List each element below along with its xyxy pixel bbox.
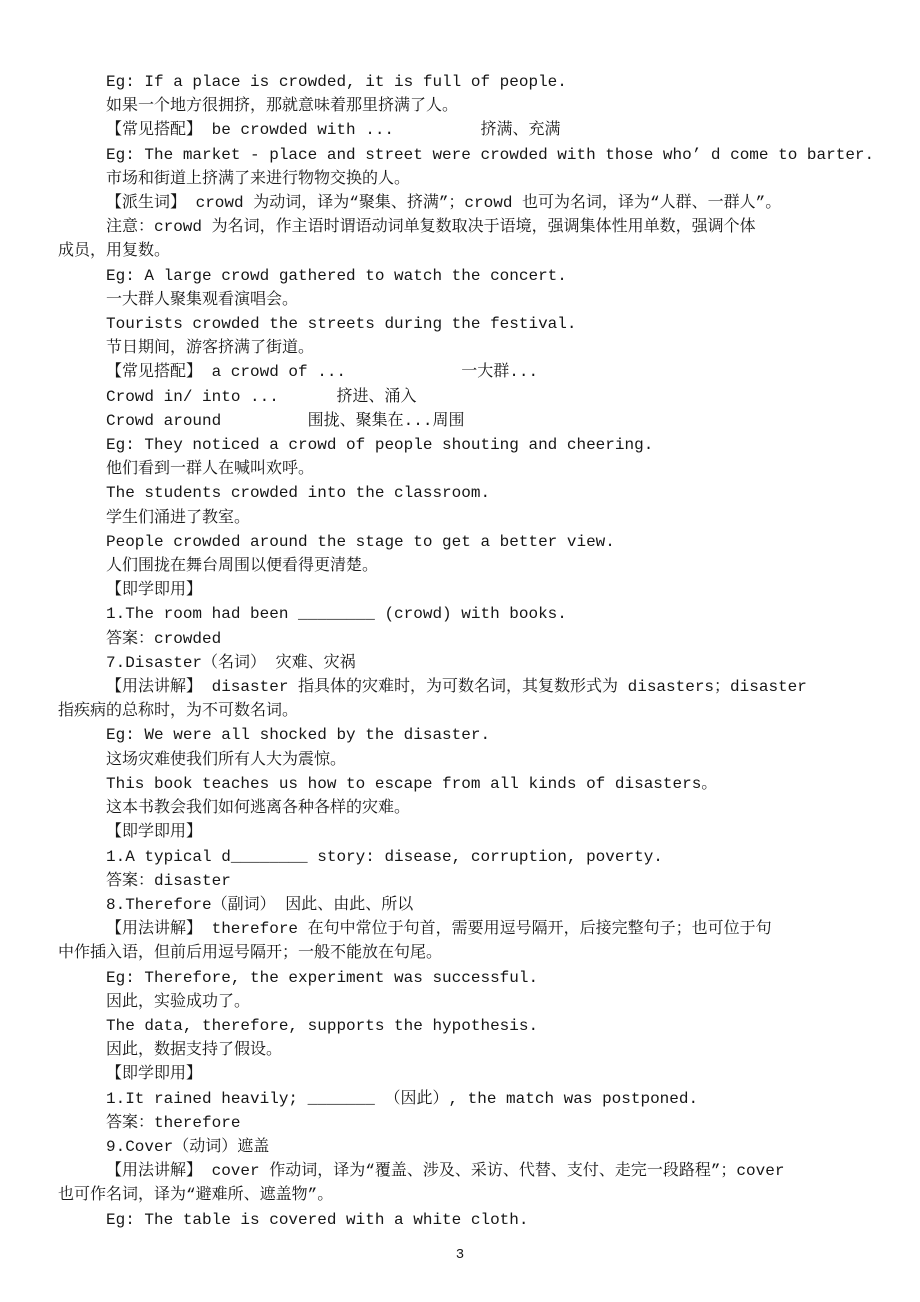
text-line: 答案：disaster [58, 869, 862, 893]
text-line: 【用法讲解】 therefore 在句中常位于句首，需要用逗号隔开，后接完整句子… [58, 917, 862, 941]
text-line: 【常见搭配】 a crowd of ... 一大群... [58, 360, 862, 384]
section-therefore-entry: 8.Therefore（副词） 因此、由此、所以【用法讲解】 therefore… [58, 893, 862, 1135]
section-disaster-entry: 7.Disaster（名词） 灾难、灾祸【用法讲解】 disaster 指具体的… [58, 651, 862, 893]
text-line: 人们围拢在舞台周围以便看得更清楚。 [58, 554, 862, 578]
text-line: 这场灾难使我们所有人大为震惊。 [58, 748, 862, 772]
document-page: Eg: If a place is crowded, it is full of… [0, 0, 920, 1302]
text-line: 一大群人聚集观看演唱会。 [58, 288, 862, 312]
text-line: 因此，实验成功了。 [58, 990, 862, 1014]
text-line: The data, therefore, supports the hypoth… [58, 1014, 862, 1038]
text-line: 【即学即用】 [58, 1062, 862, 1086]
text-line: 他们看到一群人在喊叫欢呼。 [58, 457, 862, 481]
text-line: 指疾病的总称时，为不可数名词。 [58, 699, 862, 723]
text-line: Eg: The market - place and street were c… [58, 143, 862, 167]
text-line: 这本书教会我们如何逃离各种各样的灾难。 [58, 796, 862, 820]
text-line: 1.The room had been ________ (crowd) wit… [58, 602, 862, 626]
text-line: Tourists crowded the streets during the … [58, 312, 862, 336]
page-number: 3 [0, 1246, 920, 1264]
text-line: 答案：therefore [58, 1111, 862, 1135]
text-line: This book teaches us how to escape from … [58, 772, 862, 796]
text-line: 【即学即用】 [58, 578, 862, 602]
text-line: The students crowded into the classroom. [58, 481, 862, 505]
text-line: 8.Therefore（副词） 因此、由此、所以 [58, 893, 862, 917]
text-line: 市场和街道上挤满了来进行物物交换的人。 [58, 167, 862, 191]
text-line: Crowd around 围拢、聚集在...周围 [58, 409, 862, 433]
text-line: 1.A typical d________ story: disease, co… [58, 845, 862, 869]
text-line: People crowded around the stage to get a… [58, 530, 862, 554]
text-line: 如果一个地方很拥挤，那就意味着那里挤满了人。 [58, 94, 862, 118]
text-line: Eg: Therefore, the experiment was succes… [58, 966, 862, 990]
text-line: 中作插入语，但前后用逗号隔开；一般不能放在句尾。 [58, 941, 862, 965]
text-line: 【派生词】 crowd 为动词，译为“聚集、挤满”；crowd 也可为名词，译为… [58, 191, 862, 215]
text-line: 因此，数据支持了假设。 [58, 1038, 862, 1062]
text-line: 注意：crowd 为名词，作主语时谓语动词单复数取决于语境，强调集体性用单数，强… [58, 215, 862, 239]
text-line: 【常见搭配】 be crowded with ... 挤满、充满 [58, 118, 862, 142]
text-line: 7.Disaster（名词） 灾难、灾祸 [58, 651, 862, 675]
text-line: Eg: A large crowd gathered to watch the … [58, 264, 862, 288]
text-line: Eg: If a place is crowded, it is full of… [58, 70, 862, 94]
text-line: 【即学即用】 [58, 820, 862, 844]
section-cover-entry: 9.Cover（动词）遮盖【用法讲解】 cover 作动词，译为“覆盖、涉及、采… [58, 1135, 862, 1232]
text-line: Eg: They noticed a crowd of people shout… [58, 433, 862, 457]
text-line: 答案：crowded [58, 627, 862, 651]
text-line: Eg: We were all shocked by the disaster. [58, 723, 862, 747]
document-text: Eg: If a place is crowded, it is full of… [58, 70, 862, 1232]
text-line: 1.It rained heavily; _______ （因此）, the m… [58, 1087, 862, 1111]
text-line: 9.Cover（动词）遮盖 [58, 1135, 862, 1159]
text-line: 成员，用复数。 [58, 239, 862, 263]
text-line: 节日期间，游客挤满了街道。 [58, 336, 862, 360]
text-line: Eg: The table is covered with a white cl… [58, 1208, 862, 1232]
text-line: 【用法讲解】 disaster 指具体的灾难时，为可数名词，其复数形式为 dis… [58, 675, 862, 699]
text-line: 学生们涌进了教室。 [58, 506, 862, 530]
text-line: 【用法讲解】 cover 作动词，译为“覆盖、涉及、采访、代替、支付、走完一段路… [58, 1159, 862, 1183]
text-line: Crowd in/ into ... 挤进、涌入 [58, 385, 862, 409]
section-crowded-entry-continued: Eg: If a place is crowded, it is full of… [58, 70, 862, 651]
text-line: 也可作名词，译为“避难所、遮盖物”。 [58, 1183, 862, 1207]
